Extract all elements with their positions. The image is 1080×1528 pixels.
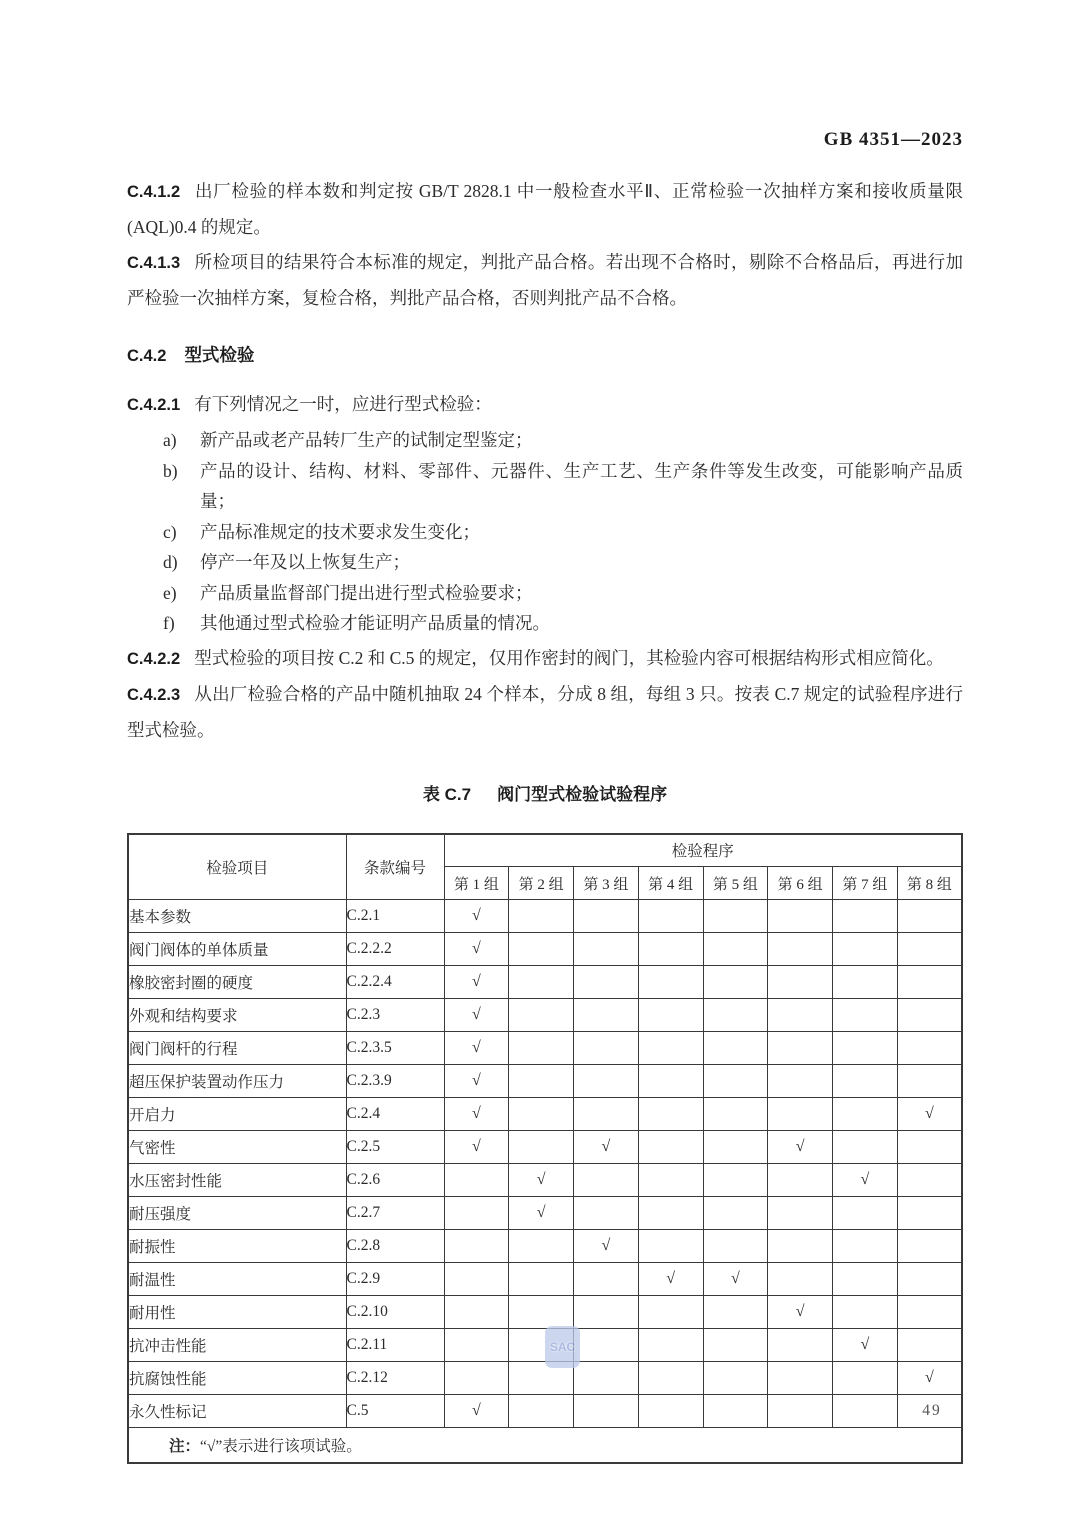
check-cell-group-6 bbox=[768, 1395, 833, 1428]
clause-number-cell: C.2.6 bbox=[346, 1164, 444, 1197]
check-cell-group-5 bbox=[703, 1065, 768, 1098]
check-cell-group-6 bbox=[768, 1263, 833, 1296]
note-cell: 注：“√”表示进行该项试验。 bbox=[128, 1428, 962, 1463]
check-cell-group-3 bbox=[574, 1164, 639, 1197]
check-cell-group-2 bbox=[509, 1395, 574, 1428]
table-row: 阀门阀体的单体质量C.2.2.2√ bbox=[128, 933, 962, 966]
clause-number-cell: C.2.2.2 bbox=[346, 933, 444, 966]
section-id: C.4.2 bbox=[127, 347, 166, 365]
check-cell-group-4 bbox=[638, 1329, 703, 1362]
check-cell-group-1 bbox=[444, 1329, 509, 1362]
table-row: 超压保护装置动作压力C.2.3.9√ bbox=[128, 1065, 962, 1098]
check-cell-group-5 bbox=[703, 1032, 768, 1065]
item-letter: d) bbox=[163, 547, 200, 578]
test-item-cell: 耐振性 bbox=[128, 1230, 346, 1263]
clause-id: C.4.1.3 bbox=[127, 254, 180, 272]
table-row: 气密性C.2.5√√√ bbox=[128, 1131, 962, 1164]
test-item-cell: 耐用性 bbox=[128, 1296, 346, 1329]
check-cell-group-5 bbox=[703, 1164, 768, 1197]
test-item-cell: 气密性 bbox=[128, 1131, 346, 1164]
check-cell-group-6 bbox=[768, 1197, 833, 1230]
table-row: 阀门阀杆的行程C.2.3.5√ bbox=[128, 1032, 962, 1065]
item-letter: a) bbox=[163, 425, 200, 456]
clause-number-cell: C.2.7 bbox=[346, 1197, 444, 1230]
check-cell-group-1 bbox=[444, 1263, 509, 1296]
check-cell-group-6 bbox=[768, 1065, 833, 1098]
check-cell-group-6 bbox=[768, 1329, 833, 1362]
section-heading-c42: C.4.2型式检验 bbox=[127, 342, 963, 367]
table-row: 耐压强度C.2.7√ bbox=[128, 1197, 962, 1230]
check-cell-group-7 bbox=[833, 1065, 898, 1098]
item-text: 其他通过型式检验才能证明产品质量的情况。 bbox=[200, 608, 963, 639]
test-item-cell: 耐压强度 bbox=[128, 1197, 346, 1230]
check-cell-group-1 bbox=[444, 1164, 509, 1197]
column-header-test-item: 检验项目 bbox=[128, 834, 346, 900]
test-item-cell: 抗冲击性能 bbox=[128, 1329, 346, 1362]
column-header-group-8: 第 8 组 bbox=[897, 867, 962, 900]
check-cell-group-6 bbox=[768, 1098, 833, 1131]
check-cell-group-1 bbox=[444, 1362, 509, 1395]
check-cell-group-7 bbox=[833, 1395, 898, 1428]
check-cell-group-6: √ bbox=[768, 1131, 833, 1164]
watermark-text: SAC bbox=[550, 1340, 575, 1354]
check-cell-group-2 bbox=[509, 1296, 574, 1329]
check-cell-group-3 bbox=[574, 1263, 639, 1296]
check-cell-group-3 bbox=[574, 1065, 639, 1098]
clause-c421: C.4.2.1有下列情况之一时，应进行型式检验： bbox=[127, 387, 963, 423]
check-cell-group-1: √ bbox=[444, 1395, 509, 1428]
check-cell-group-4 bbox=[638, 1230, 703, 1263]
check-cell-group-4 bbox=[638, 1197, 703, 1230]
check-cell-group-8 bbox=[897, 1263, 962, 1296]
clause-number-cell: C.2.10 bbox=[346, 1296, 444, 1329]
test-item-cell: 水压密封性能 bbox=[128, 1164, 346, 1197]
check-cell-group-1: √ bbox=[444, 1098, 509, 1131]
check-cell-group-4 bbox=[638, 900, 703, 933]
check-cell-group-5 bbox=[703, 1296, 768, 1329]
condition-list: a)新产品或老产品转厂生产的试制定型鉴定； b)产品的设计、结构、材料、零部件、… bbox=[127, 425, 963, 639]
item-letter: b) bbox=[163, 456, 200, 517]
item-letter: f) bbox=[163, 608, 200, 639]
check-cell-group-2 bbox=[509, 1263, 574, 1296]
page-content: GB 4351—2023 C.4.1.2出厂检验的样本数和判定按 GB/T 28… bbox=[127, 0, 963, 1464]
check-cell-group-1: √ bbox=[444, 999, 509, 1032]
table-row: 永久性标记C.5√ bbox=[128, 1395, 962, 1428]
check-cell-group-5 bbox=[703, 1197, 768, 1230]
list-item-a: a)新产品或老产品转厂生产的试制定型鉴定； bbox=[127, 425, 963, 456]
check-cell-group-6 bbox=[768, 1230, 833, 1263]
check-cell-group-5 bbox=[703, 1098, 768, 1131]
table-header: 检验项目 条款编号 检验程序 第 1 组 第 2 组 第 3 组 第 4 组 第… bbox=[128, 834, 962, 900]
check-cell-group-5: √ bbox=[703, 1263, 768, 1296]
test-item-cell: 耐温性 bbox=[128, 1263, 346, 1296]
table-row: 橡胶密封圈的硬度C.2.2.4√ bbox=[128, 966, 962, 999]
check-cell-group-7 bbox=[833, 900, 898, 933]
check-cell-group-2 bbox=[509, 966, 574, 999]
check-cell-group-7 bbox=[833, 1263, 898, 1296]
check-cell-group-1: √ bbox=[444, 933, 509, 966]
check-cell-group-7 bbox=[833, 1197, 898, 1230]
note-text: “√”表示进行该项试验。 bbox=[200, 1438, 362, 1455]
test-item-cell: 基本参数 bbox=[128, 900, 346, 933]
clause-number-cell: C.2.1 bbox=[346, 900, 444, 933]
check-cell-group-8 bbox=[897, 1065, 962, 1098]
check-cell-group-3 bbox=[574, 1329, 639, 1362]
table-row: 开启力C.2.4√√ bbox=[128, 1098, 962, 1131]
check-cell-group-2 bbox=[509, 933, 574, 966]
test-item-cell: 橡胶密封圈的硬度 bbox=[128, 966, 346, 999]
check-cell-group-1: √ bbox=[444, 900, 509, 933]
check-cell-group-2: √ bbox=[509, 1164, 574, 1197]
table-label: 表 C.7 bbox=[423, 785, 471, 804]
note-row: 注：“√”表示进行该项试验。 bbox=[128, 1428, 962, 1463]
check-cell-group-6 bbox=[768, 900, 833, 933]
check-cell-group-1 bbox=[444, 1230, 509, 1263]
clause-id: C.4.2.3 bbox=[127, 686, 180, 704]
clause-text: 型式检验的项目按 C.2 和 C.5 的规定，仅用作密封的阀门，其检验内容可根据… bbox=[194, 648, 944, 668]
check-cell-group-6: √ bbox=[768, 1296, 833, 1329]
check-cell-group-3 bbox=[574, 1197, 639, 1230]
body-text: C.4.1.2出厂检验的样本数和判定按 GB/T 2828.1 中一般检查水平Ⅱ… bbox=[127, 174, 963, 1464]
check-cell-group-7 bbox=[833, 1131, 898, 1164]
table-title: 表 C.7阀门型式检验试验程序 bbox=[127, 780, 963, 805]
check-cell-group-8 bbox=[897, 933, 962, 966]
check-cell-group-3 bbox=[574, 933, 639, 966]
check-cell-group-8 bbox=[897, 966, 962, 999]
check-cell-group-5 bbox=[703, 1131, 768, 1164]
check-cell-group-5 bbox=[703, 1362, 768, 1395]
column-header-group-4: 第 4 组 bbox=[638, 867, 703, 900]
check-cell-group-7 bbox=[833, 933, 898, 966]
check-cell-group-1: √ bbox=[444, 1032, 509, 1065]
check-cell-group-3 bbox=[574, 1032, 639, 1065]
check-cell-group-5 bbox=[703, 1230, 768, 1263]
check-cell-group-3: √ bbox=[574, 1131, 639, 1164]
clause-number-cell: C.2.3 bbox=[346, 999, 444, 1032]
test-item-cell: 永久性标记 bbox=[128, 1395, 346, 1428]
check-cell-group-6 bbox=[768, 1164, 833, 1197]
column-header-group-7: 第 7 组 bbox=[833, 867, 898, 900]
check-cell-group-3 bbox=[574, 966, 639, 999]
check-cell-group-8 bbox=[897, 1032, 962, 1065]
section-title: 型式检验 bbox=[184, 345, 254, 365]
check-cell-group-5 bbox=[703, 900, 768, 933]
check-cell-group-2 bbox=[509, 999, 574, 1032]
check-cell-group-5 bbox=[703, 966, 768, 999]
check-cell-group-2 bbox=[509, 1098, 574, 1131]
test-item-cell: 抗腐蚀性能 bbox=[128, 1362, 346, 1395]
check-cell-group-8: √ bbox=[897, 1098, 962, 1131]
check-cell-group-4 bbox=[638, 1032, 703, 1065]
check-cell-group-5 bbox=[703, 933, 768, 966]
table-name: 阀门型式检验试验程序 bbox=[497, 785, 667, 804]
check-cell-group-4 bbox=[638, 1098, 703, 1131]
check-cell-group-8: √ bbox=[897, 1362, 962, 1395]
column-header-procedure: 检验程序 bbox=[444, 834, 962, 867]
check-cell-group-3 bbox=[574, 900, 639, 933]
check-cell-group-2: √ bbox=[509, 1197, 574, 1230]
check-cell-group-7 bbox=[833, 1032, 898, 1065]
check-cell-group-7: √ bbox=[833, 1164, 898, 1197]
check-cell-group-4 bbox=[638, 1296, 703, 1329]
list-item-b: b)产品的设计、结构、材料、零部件、元器件、生产工艺、生产条件等发生改变，可能影… bbox=[127, 456, 963, 517]
check-cell-group-4 bbox=[638, 999, 703, 1032]
page-number: 49 bbox=[912, 1402, 952, 1420]
table-row: 耐温性C.2.9√√ bbox=[128, 1263, 962, 1296]
list-item-e: e)产品质量监督部门提出进行型式检验要求； bbox=[127, 578, 963, 609]
check-cell-group-8 bbox=[897, 1197, 962, 1230]
clause-number-cell: C.2.2.4 bbox=[346, 966, 444, 999]
clause-text: 出厂检验的样本数和判定按 GB/T 2828.1 中一般检查水平Ⅱ、正常检验一次… bbox=[127, 181, 963, 237]
item-text: 产品质量监督部门提出进行型式检验要求； bbox=[200, 578, 963, 609]
test-item-cell: 外观和结构要求 bbox=[128, 999, 346, 1032]
standard-number: GB 4351—2023 bbox=[127, 128, 963, 152]
item-text: 新产品或老产品转厂生产的试制定型鉴定； bbox=[200, 425, 963, 456]
check-cell-group-4 bbox=[638, 1065, 703, 1098]
clause-id: C.4.2.2 bbox=[127, 650, 180, 668]
header-row-1: 检验项目 条款编号 检验程序 bbox=[128, 834, 962, 867]
check-cell-group-4 bbox=[638, 933, 703, 966]
check-cell-group-5 bbox=[703, 1395, 768, 1428]
clause-number-cell: C.2.12 bbox=[346, 1362, 444, 1395]
check-cell-group-8 bbox=[897, 1164, 962, 1197]
column-header-clause-number: 条款编号 bbox=[346, 834, 444, 900]
check-cell-group-4 bbox=[638, 1362, 703, 1395]
check-cell-group-7 bbox=[833, 1296, 898, 1329]
check-cell-group-1 bbox=[444, 1197, 509, 1230]
document-page: GB 4351—2023 C.4.1.2出厂检验的样本数和判定按 GB/T 28… bbox=[0, 0, 1080, 1528]
item-text: 停产一年及以上恢复生产； bbox=[200, 547, 963, 578]
clause-id: C.4.2.1 bbox=[127, 396, 180, 414]
check-cell-group-4 bbox=[638, 1164, 703, 1197]
table-row: 外观和结构要求C.2.3√ bbox=[128, 999, 962, 1032]
check-cell-group-8 bbox=[897, 1296, 962, 1329]
check-cell-group-4 bbox=[638, 966, 703, 999]
check-cell-group-7 bbox=[833, 1230, 898, 1263]
list-item-d: d)停产一年及以上恢复生产； bbox=[127, 547, 963, 578]
clause-number-cell: C.2.8 bbox=[346, 1230, 444, 1263]
item-letter: e) bbox=[163, 578, 200, 609]
table-row: 耐用性C.2.10√ bbox=[128, 1296, 962, 1329]
check-cell-group-4 bbox=[638, 1395, 703, 1428]
clause-number-cell: C.2.3.5 bbox=[346, 1032, 444, 1065]
check-cell-group-8 bbox=[897, 1131, 962, 1164]
check-cell-group-8 bbox=[897, 1230, 962, 1263]
item-letter: c) bbox=[163, 517, 200, 548]
check-cell-group-6 bbox=[768, 933, 833, 966]
clause-text: 从出厂检验合格的产品中随机抽取 24 个样本，分成 8 组，每组 3 只。按表 … bbox=[127, 684, 963, 740]
check-cell-group-8 bbox=[897, 999, 962, 1032]
check-cell-group-3 bbox=[574, 1098, 639, 1131]
list-item-f: f)其他通过型式检验才能证明产品质量的情况。 bbox=[127, 608, 963, 639]
column-header-group-3: 第 3 组 bbox=[574, 867, 639, 900]
check-cell-group-1 bbox=[444, 1296, 509, 1329]
check-cell-group-3: √ bbox=[574, 1230, 639, 1263]
check-cell-group-1: √ bbox=[444, 1131, 509, 1164]
check-cell-group-3 bbox=[574, 999, 639, 1032]
check-cell-group-2 bbox=[509, 1131, 574, 1164]
check-cell-group-3 bbox=[574, 1395, 639, 1428]
check-cell-group-6 bbox=[768, 999, 833, 1032]
item-text: 产品标准规定的技术要求发生变化； bbox=[200, 517, 963, 548]
column-header-group-2: 第 2 组 bbox=[509, 867, 574, 900]
clause-number-cell: C.2.4 bbox=[346, 1098, 444, 1131]
check-cell-group-7 bbox=[833, 1362, 898, 1395]
clause-number-cell: C.2.11 bbox=[346, 1329, 444, 1362]
clause-c422: C.4.2.2型式检验的项目按 C.2 和 C.5 的规定，仅用作密封的阀门，其… bbox=[127, 641, 963, 677]
check-cell-group-6 bbox=[768, 1362, 833, 1395]
check-cell-group-2 bbox=[509, 1032, 574, 1065]
column-header-group-1: 第 1 组 bbox=[444, 867, 509, 900]
table-row: 抗腐蚀性能C.2.12√ bbox=[128, 1362, 962, 1395]
clause-text: 有下列情况之一时，应进行型式检验： bbox=[194, 394, 492, 414]
check-cell-group-4 bbox=[638, 1131, 703, 1164]
test-item-cell: 阀门阀体的单体质量 bbox=[128, 933, 346, 966]
table-row: 耐振性C.2.8√ bbox=[128, 1230, 962, 1263]
clause-number-cell: C.2.3.9 bbox=[346, 1065, 444, 1098]
check-cell-group-8 bbox=[897, 900, 962, 933]
check-cell-group-2 bbox=[509, 1230, 574, 1263]
check-cell-group-5 bbox=[703, 1329, 768, 1362]
clause-number-cell: C.5 bbox=[346, 1395, 444, 1428]
test-item-cell: 开启力 bbox=[128, 1098, 346, 1131]
table-footer: 注：“√”表示进行该项试验。 bbox=[128, 1428, 962, 1463]
check-cell-group-8 bbox=[897, 1329, 962, 1362]
clause-number-cell: C.2.9 bbox=[346, 1263, 444, 1296]
clause-id: C.4.1.2 bbox=[127, 183, 180, 201]
type-test-procedure-table: 检验项目 条款编号 检验程序 第 1 组 第 2 组 第 3 组 第 4 组 第… bbox=[127, 833, 963, 1464]
column-header-group-5: 第 5 组 bbox=[703, 867, 768, 900]
clause-c412: C.4.1.2出厂检验的样本数和判定按 GB/T 2828.1 中一般检查水平Ⅱ… bbox=[127, 174, 963, 245]
test-item-cell: 超压保护装置动作压力 bbox=[128, 1065, 346, 1098]
clause-number-cell: C.2.5 bbox=[346, 1131, 444, 1164]
test-item-cell: 阀门阀杆的行程 bbox=[128, 1032, 346, 1065]
check-cell-group-7 bbox=[833, 1098, 898, 1131]
clause-c413: C.4.1.3所检项目的结果符合本标准的规定，判批产品合格。若出现不合格时，剔除… bbox=[127, 245, 963, 316]
check-cell-group-2 bbox=[509, 900, 574, 933]
check-cell-group-5 bbox=[703, 999, 768, 1032]
sac-watermark: SAC bbox=[545, 1326, 580, 1368]
table-row: 基本参数C.2.1√ bbox=[128, 900, 962, 933]
check-cell-group-2 bbox=[509, 1065, 574, 1098]
check-cell-group-1: √ bbox=[444, 966, 509, 999]
column-header-group-6: 第 6 组 bbox=[768, 867, 833, 900]
note-label: 注： bbox=[169, 1438, 200, 1455]
check-cell-group-6 bbox=[768, 966, 833, 999]
check-cell-group-7 bbox=[833, 966, 898, 999]
check-cell-group-7 bbox=[833, 999, 898, 1032]
check-cell-group-6 bbox=[768, 1032, 833, 1065]
clause-c423: C.4.2.3从出厂检验合格的产品中随机抽取 24 个样本，分成 8 组，每组 … bbox=[127, 677, 963, 748]
list-item-c: c)产品标准规定的技术要求发生变化； bbox=[127, 517, 963, 548]
table-row: 水压密封性能C.2.6√√ bbox=[128, 1164, 962, 1197]
check-cell-group-4: √ bbox=[638, 1263, 703, 1296]
item-text: 产品的设计、结构、材料、零部件、元器件、生产工艺、生产条件等发生改变，可能影响产… bbox=[200, 456, 963, 517]
check-cell-group-3 bbox=[574, 1296, 639, 1329]
clause-text: 所检项目的结果符合本标准的规定，判批产品合格。若出现不合格时，剔除不合格品后，再… bbox=[127, 252, 963, 308]
check-cell-group-3 bbox=[574, 1362, 639, 1395]
check-cell-group-1: √ bbox=[444, 1065, 509, 1098]
check-cell-group-7: √ bbox=[833, 1329, 898, 1362]
